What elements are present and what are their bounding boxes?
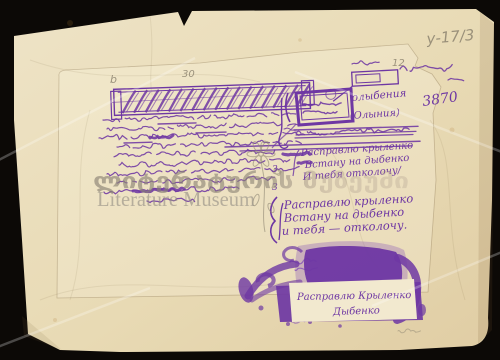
pencil-number-12: 12 bbox=[392, 58, 405, 69]
paper-edge-shading bbox=[478, 12, 494, 344]
pencil-letter-b: b bbox=[110, 73, 117, 86]
blot-caption-line2: Дыбенко bbox=[332, 305, 380, 318]
watermark-english: Literature Museum bbox=[97, 187, 255, 211]
pencil-number-30: 30 bbox=[182, 69, 195, 80]
photo-of-manuscript: олыбения 3870 (Олыния) Расправлю крыленк… bbox=[0, 0, 500, 360]
